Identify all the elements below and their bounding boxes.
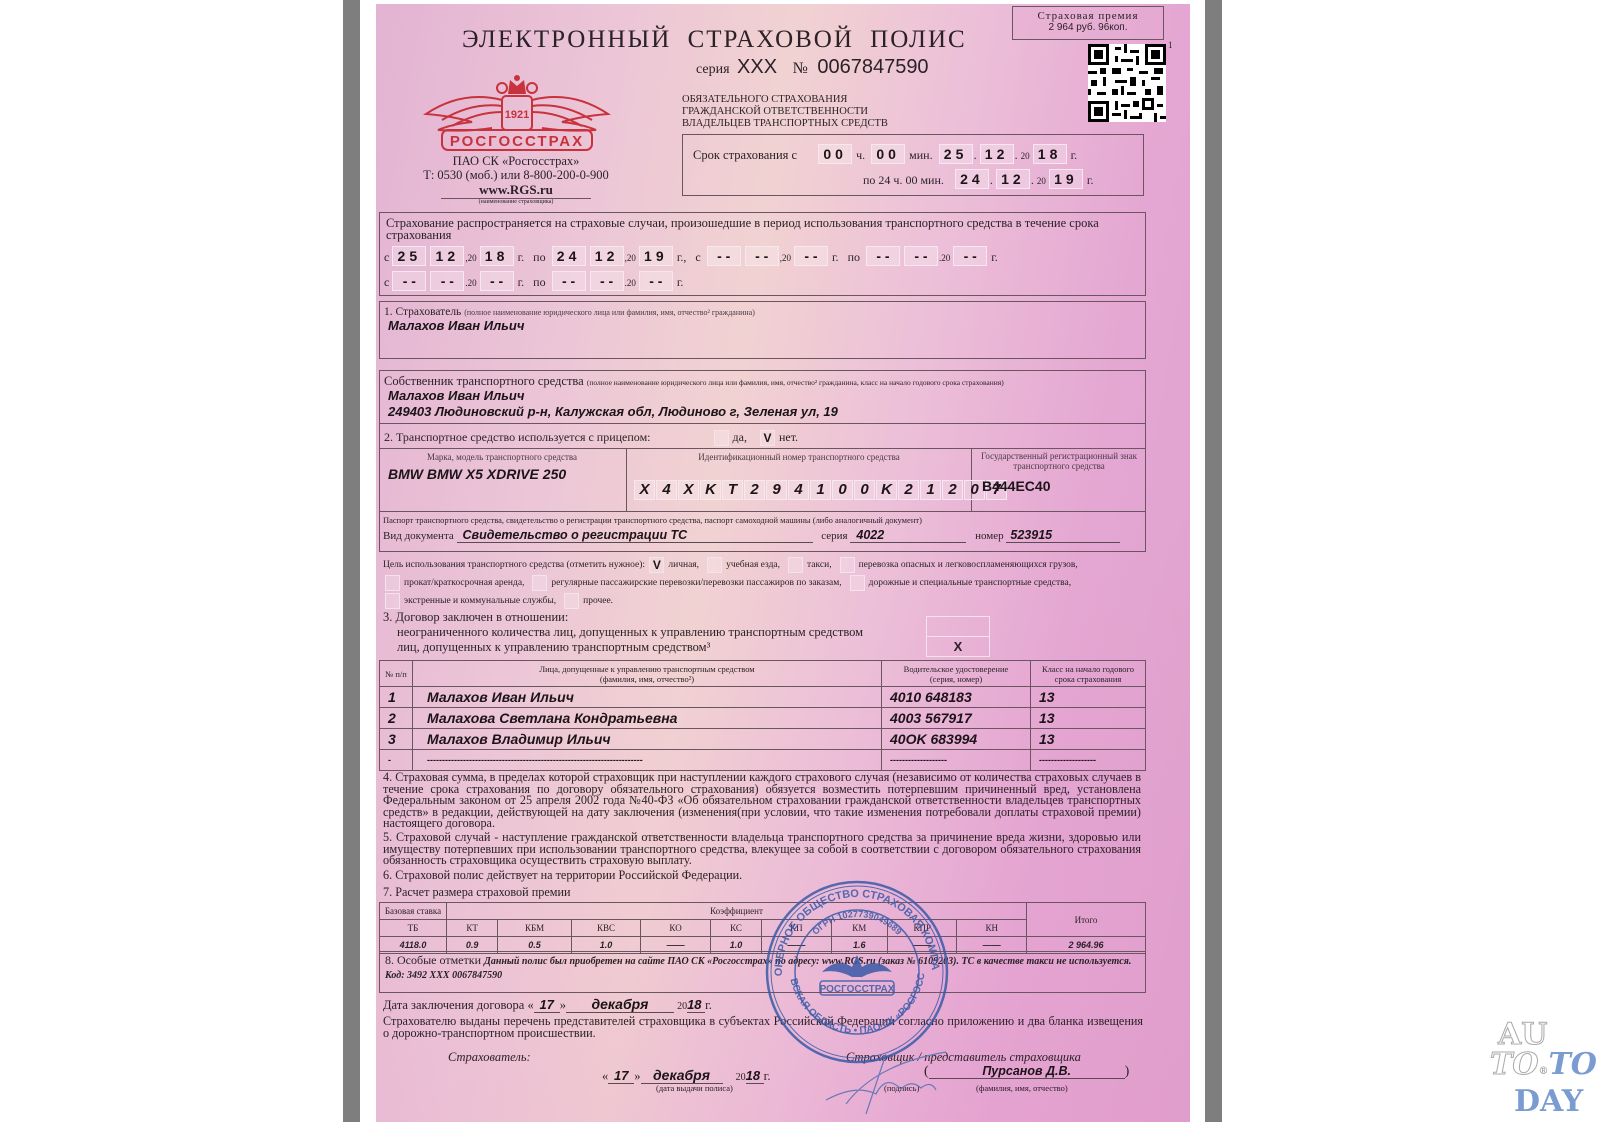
purpose-checkbox bbox=[385, 575, 400, 591]
svg-text:ПУБЛИЧНОЕ АКЦИОНЕРНОЕ ОБЩЕСТВО: ПУБЛИЧНОЕ АКЦИОНЕРНОЕ ОБЩЕСТВО СТРАХОВАЯ… bbox=[762, 877, 941, 976]
driver-row: 1Малахов Иван Ильич4010 64818313 bbox=[380, 687, 1146, 708]
vin-character: X bbox=[678, 480, 699, 500]
driver-row: ----------------------------------------… bbox=[380, 750, 1146, 771]
vin-character: X bbox=[634, 480, 655, 500]
vin-character: 9 bbox=[766, 480, 787, 500]
representative-name: Пурсанов Д.В. bbox=[929, 1064, 1125, 1079]
owner-name: Малахов Иван Ильич bbox=[388, 388, 1137, 404]
owner-address: 249403 Людиновский р-н, Калужская обл, Л… bbox=[388, 404, 1137, 420]
driver-row: 2Малахова Светлана Кондратьевна4003 5679… bbox=[380, 708, 1146, 729]
vin-character: 2 bbox=[744, 480, 765, 500]
trailer-no-checkbox: V bbox=[760, 430, 775, 446]
qr-code bbox=[1088, 44, 1166, 122]
contract-date-row: Дата заключения договора «17»декабря 201… bbox=[383, 996, 712, 1013]
usage-period-box: Страхование распространяется на страховы… bbox=[379, 212, 1146, 296]
clause-6: 6. Страховой полис действует на территор… bbox=[383, 868, 742, 883]
trailer-yes-checkbox bbox=[714, 430, 729, 446]
document-type: Свидетельство о регистрации ТС bbox=[457, 528, 813, 543]
insurance-policy-document: ЭЛЕКТРОННЫЙ СТРАХОВОЙ ПОЛИС серия XXX № … bbox=[376, 4, 1190, 1122]
from-year: 18 bbox=[1033, 144, 1067, 164]
purpose-checkbox bbox=[840, 557, 855, 573]
insurer-site-link: www.RGS.ru bbox=[396, 182, 636, 197]
vin-cells: X4XKT294100K21207 bbox=[634, 480, 1008, 500]
purpose-option: прочее. bbox=[562, 596, 613, 606]
usage-period-row-1: с 25 12,20 18г. по 24 12,20 19г., с - - … bbox=[384, 246, 1001, 266]
contract-scope: 3. Договор заключен в отношении: неогран… bbox=[383, 610, 863, 655]
policy-series-number: серия XXX № 0067847590 bbox=[696, 56, 929, 79]
clause-5: 5. Страховой случай - наступление гражда… bbox=[383, 832, 1141, 867]
purpose-checkbox bbox=[564, 593, 579, 609]
purpose-option: экстренные и коммунальные службы, bbox=[383, 596, 556, 606]
insurer-info: ПАО СК «Росгосстрах» Т: 0530 (моб.) или … bbox=[396, 154, 636, 205]
insurance-term-box: Срок страхования с 00ч. 00мин. 25. 12. 2… bbox=[682, 134, 1144, 196]
purpose-option: такси, bbox=[786, 560, 832, 570]
vin-character: 0 bbox=[832, 480, 853, 500]
usage-purpose: Цель использования транспортного средств… bbox=[383, 556, 1153, 610]
special-notes-text: Данный полис был приобретен на сайте ПАО… bbox=[385, 956, 1131, 981]
issue-date-row: «17»декабря 2018г. bbox=[602, 1067, 770, 1084]
vin-character: 1 bbox=[920, 480, 941, 500]
svg-text:РОСГОССТРАХ: РОСГОССТРАХ bbox=[820, 984, 895, 995]
purpose-checkbox bbox=[707, 557, 722, 573]
rosgosstrakh-logo: 1921 РОСГОССТРАХ bbox=[422, 70, 612, 154]
term-from-row: Срок страхования с 00ч. 00мин. 25. 12. 2… bbox=[693, 144, 1080, 164]
purpose-checkbox bbox=[385, 593, 400, 609]
vehicle-document-row: Вид документа Свидетельство о регистраци… bbox=[383, 528, 1120, 543]
purpose-checkbox bbox=[850, 575, 865, 591]
vin-character: 4 bbox=[656, 480, 677, 500]
document-number: 523915 bbox=[1006, 528, 1120, 543]
to-month: 12 bbox=[996, 169, 1030, 189]
purpose-checkbox: V bbox=[649, 557, 664, 573]
policyholder-name: Малахов Иван Ильич bbox=[388, 318, 1137, 333]
driver-row: 3Малахов Владимир Ильич40OK 68399413 bbox=[380, 729, 1146, 750]
from-hours: 00 bbox=[818, 144, 852, 164]
usage-period-row-2: с - - - -.20 - -г. по - - - -.20 - -г. bbox=[384, 271, 686, 291]
policy-subtitle: ОБЯЗАТЕЛЬНОГО СТРАХОВАНИЯ ГРАЖДАНСКОЙ ОТ… bbox=[682, 94, 888, 130]
vin-character: K bbox=[876, 480, 897, 500]
document-series: 4022 bbox=[850, 528, 966, 543]
svg-text:ОГРН 1027739049689: ОГРН 1027739049689 bbox=[810, 909, 903, 937]
unlimited-drivers-checkbox bbox=[926, 616, 990, 637]
purpose-option: регулярные пассажирские перевозки/перево… bbox=[530, 578, 841, 588]
page-edge-right bbox=[1205, 0, 1222, 1122]
from-day: 25 bbox=[939, 144, 973, 164]
premium-box: Страховая премия 2 964 руб. 96коп. bbox=[1012, 6, 1164, 40]
purpose-option: прокат/краткосрочная аренда, bbox=[383, 578, 524, 588]
drivers-table: № п/п Лица, допущенные к управлению тран… bbox=[379, 660, 1146, 771]
to-day: 24 bbox=[955, 169, 989, 189]
purpose-option: Vличная, bbox=[647, 560, 699, 570]
vehicle-plate: B444EC40 bbox=[982, 478, 1051, 494]
purpose-checkbox bbox=[532, 575, 547, 591]
svg-text:1921: 1921 bbox=[505, 109, 529, 121]
autotoday-watermark: AU TO®TO DAY bbox=[1490, 1020, 1600, 1117]
from-month: 12 bbox=[980, 144, 1014, 164]
policyholder-box: 1. Страхователь (полное наименование юри… bbox=[379, 301, 1146, 359]
to-year: 19 bbox=[1049, 169, 1083, 189]
trailer-row: 2. Транспортное средство используется с … bbox=[384, 430, 798, 446]
vin-character: 2 bbox=[898, 480, 919, 500]
svg-text:РОСГОССТРАХ: РОСГОССТРАХ bbox=[450, 133, 584, 150]
from-minutes: 00 bbox=[871, 144, 905, 164]
number-value: 0067847590 bbox=[817, 56, 928, 78]
vin-character: T bbox=[722, 480, 743, 500]
purpose-option: дорожные и специальные транспортные сред… bbox=[848, 578, 1071, 588]
series-value: XXX bbox=[737, 56, 777, 78]
limited-drivers-checkbox: X bbox=[926, 636, 990, 657]
term-to-row: по 24 ч. 00 мин. 24. 12. 20 19г. bbox=[863, 169, 1096, 189]
vin-character: 0 bbox=[854, 480, 875, 500]
company-seal-stamp: ПУБЛИЧНОЕ АКЦИОНЕРНОЕ ОБЩЕСТВО СТРАХОВАЯ… bbox=[762, 877, 952, 1067]
vin-character: 1 bbox=[810, 480, 831, 500]
page-edge-left bbox=[343, 0, 360, 1122]
purpose-option: учебная езда, bbox=[705, 560, 780, 570]
series-label: серия bbox=[696, 62, 730, 77]
vehicle-make: BMW BMW X5 XDRIVE 250 bbox=[388, 466, 566, 482]
clause-7: 7. Расчет размера страховой премии bbox=[383, 885, 571, 900]
purpose-option: перевозка опасных и легковоспламеняющихс… bbox=[838, 560, 1078, 570]
number-label: № bbox=[793, 60, 808, 77]
purpose-checkbox bbox=[788, 557, 803, 573]
vin-character: 4 bbox=[788, 480, 809, 500]
vin-character: 2 bbox=[942, 480, 963, 500]
vin-character: K bbox=[700, 480, 721, 500]
clause-4: 4. Страховая сумма, в пределах которой с… bbox=[383, 772, 1141, 830]
document-title: ЭЛЕКТРОННЫЙ СТРАХОВОЙ ПОЛИС bbox=[462, 26, 967, 54]
qr-footnote: 1 bbox=[1168, 40, 1173, 50]
